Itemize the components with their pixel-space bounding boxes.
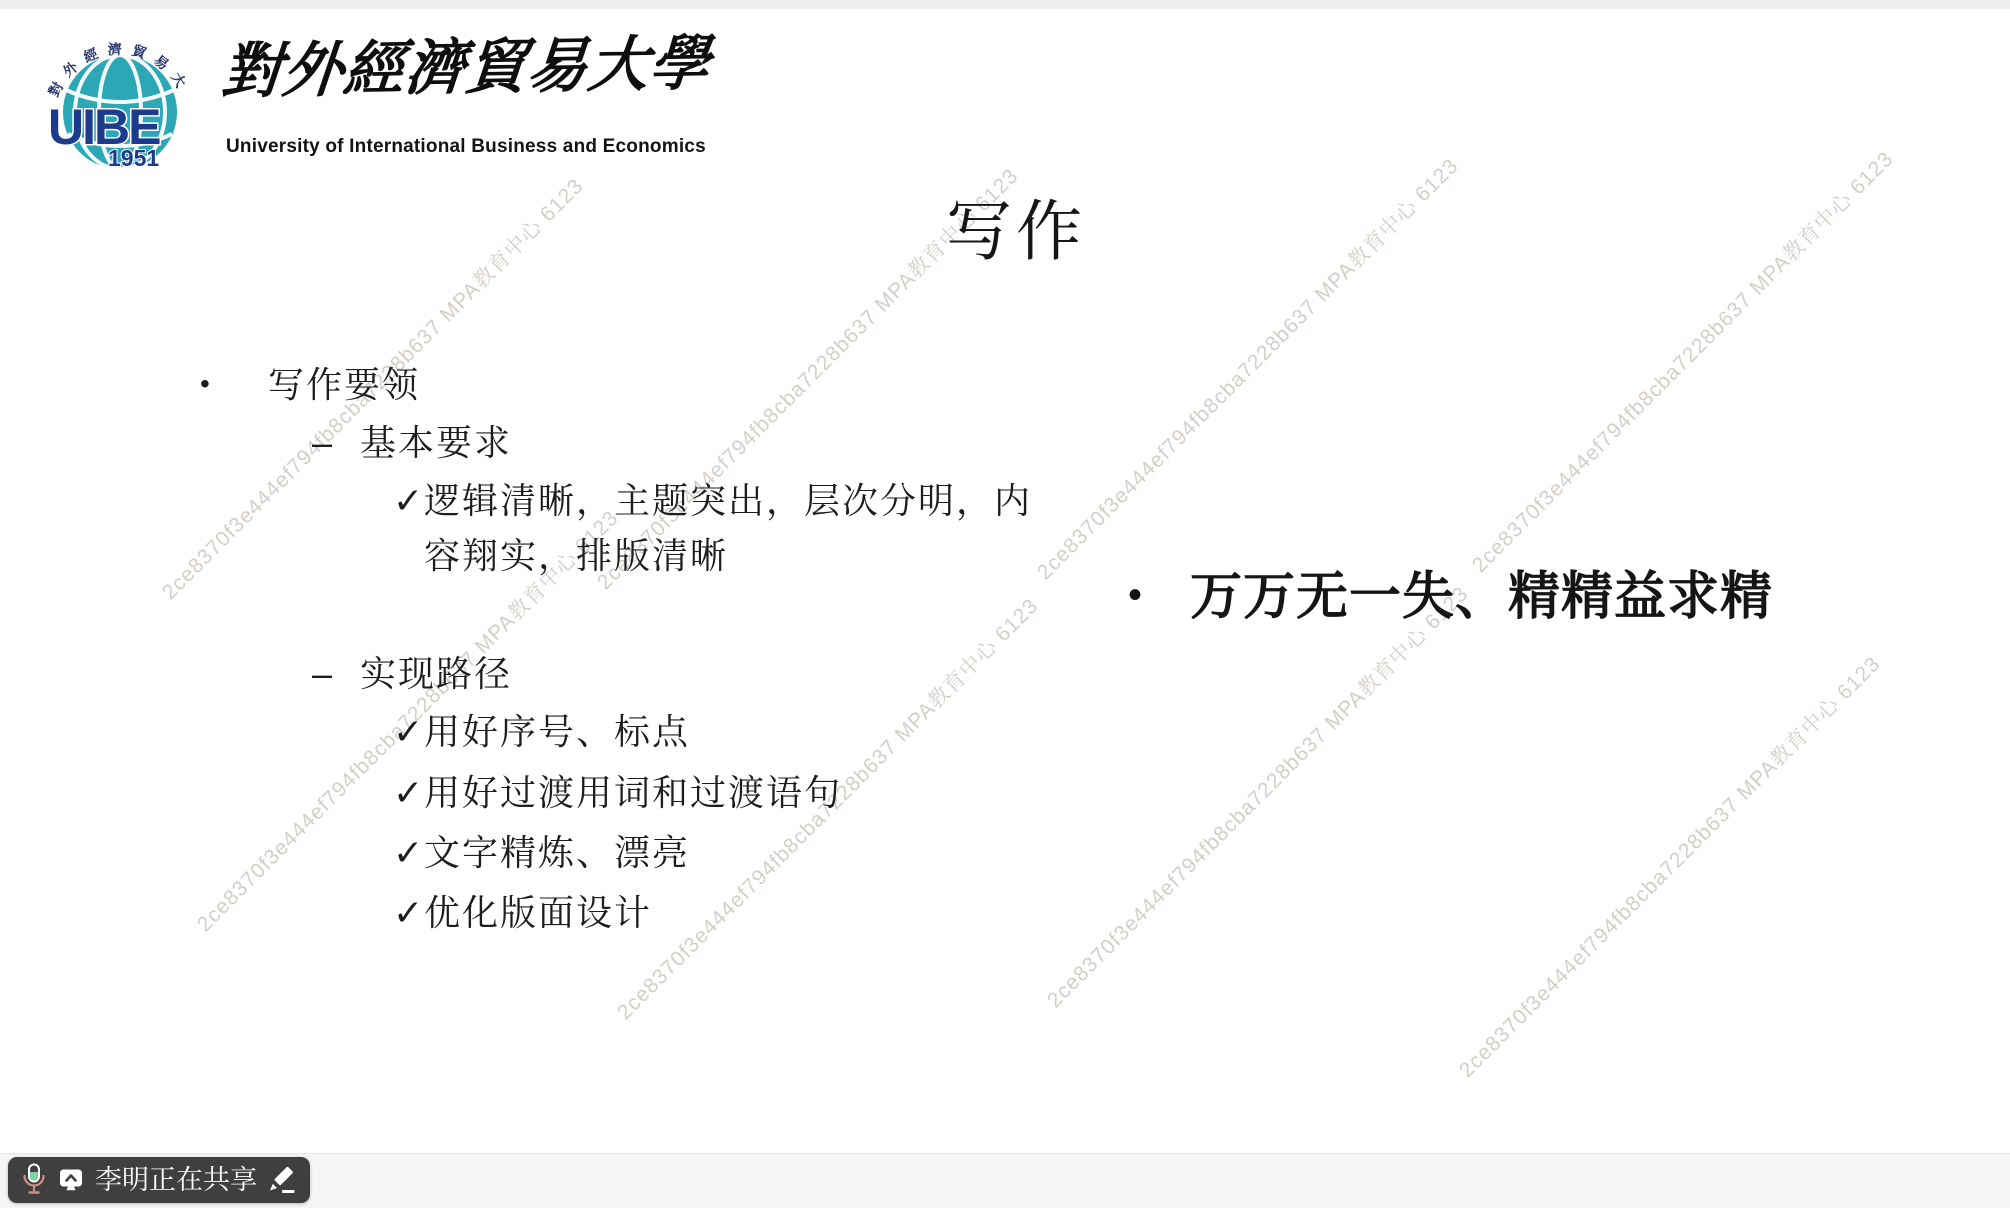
check-item-logic-line1: ✓逻辑清晰，主题突出，层次分明，内 — [393, 479, 1032, 522]
uibe-globe-logo: 對外經濟貿易大學 UIBE 1951 — [46, 20, 194, 172]
sub-item-text: 基本要求 — [360, 422, 512, 463]
check-item-text: 逻辑清晰，主题突出，层次分明，内 — [424, 480, 1032, 521]
check-marker: ✓ — [393, 891, 424, 934]
watermark-text: 2ce8370f3e444ef794fb8cba7228b637 MPA教育中心… — [1451, 649, 1886, 1084]
bullet-item-right-note: •万万无一失、精精益求精 — [1128, 566, 1773, 628]
bullet-text: 万万无一失、精精益求精 — [1190, 568, 1773, 626]
check-marker: ✓ — [393, 479, 424, 522]
annotation-pencil-icon[interactable] — [267, 1166, 297, 1194]
sub-item-implementation-path: –实现路径 — [312, 652, 512, 695]
screen-sharing-status-bar[interactable]: 李明正在共享 — [8, 1157, 310, 1203]
logo-english-name: University of International Business and… — [226, 136, 706, 158]
check-item-concise-text: ✓文字精炼、漂亮 — [393, 831, 690, 874]
check-marker: ✓ — [393, 771, 424, 814]
check-item-text: 用好过渡用词和过渡语句 — [424, 772, 842, 813]
check-marker: ✓ — [393, 831, 424, 874]
check-item-text: 容翔实，排版清晰 — [424, 535, 728, 576]
watermark-text: 2ce8370f3e444ef794fb8cba7228b637 MPA教育中心… — [1029, 151, 1464, 586]
check-item-layout-design: ✓优化版面设计 — [393, 891, 652, 934]
check-item-logic-line2: 容翔实，排版清晰 — [424, 534, 728, 577]
check-item-text: 文字精炼、漂亮 — [424, 832, 690, 873]
sub-item-basic-requirements: –基本要求 — [312, 421, 512, 464]
bullet-marker: • — [1128, 571, 1190, 619]
check-marker: ✓ — [393, 710, 424, 753]
check-item-numbering: ✓用好序号、标点 — [393, 710, 690, 753]
bullet-marker: • — [200, 367, 268, 401]
check-item-transitions: ✓用好过渡用词和过渡语句 — [393, 771, 842, 814]
screen-share-icon — [57, 1166, 85, 1194]
logo-calligraphy: 對外經濟貿易大學 — [218, 22, 714, 115]
bullet-item-writing-essentials: •写作要领 — [200, 363, 420, 406]
slide-title: 写作 — [946, 178, 1086, 273]
screen-share-view: 2ce8370f3e444ef794fb8cba7228b637 MPA教育中心… — [0, 0, 2010, 1208]
sharing-status-text: 李明正在共享 — [95, 1167, 257, 1194]
dash-marker: – — [312, 652, 360, 695]
bullet-text: 写作要领 — [268, 364, 420, 405]
sub-item-text: 实现路径 — [360, 653, 512, 694]
dash-marker: – — [312, 421, 360, 464]
top-edge-strip — [0, 0, 2010, 9]
microphone-icon — [21, 1163, 47, 1197]
watermark-text: 2ce8370f3e444ef794fb8cba7228b637 MPA教育中心… — [1039, 579, 1474, 1014]
check-item-text: 优化版面设计 — [424, 892, 652, 933]
watermark-text: 2ce8370f3e444ef794fb8cba7228b637 MPA教育中心… — [1464, 144, 1899, 579]
logo-year: 1951 — [108, 145, 159, 171]
check-item-text: 用好序号、标点 — [424, 711, 690, 752]
